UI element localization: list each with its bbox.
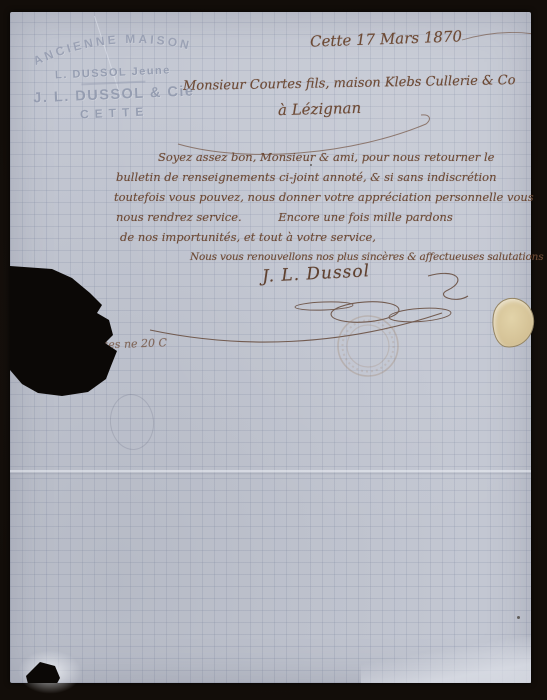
date-flourish [462, 32, 531, 40]
signature-flourish [150, 273, 468, 342]
ink-flourish-layer [10, 12, 531, 683]
letter-paper: ANCIENNE MAISON L. DUSSOL Jeune J. L. DU… [10, 12, 531, 683]
scanned-letter-background: ANCIENNE MAISON L. DUSSOL Jeune J. L. DU… [0, 0, 547, 700]
ink-blot-large [10, 266, 117, 396]
ink-blot-small [26, 662, 60, 683]
postmark-stamp [338, 316, 398, 376]
address-flourish [178, 115, 429, 155]
